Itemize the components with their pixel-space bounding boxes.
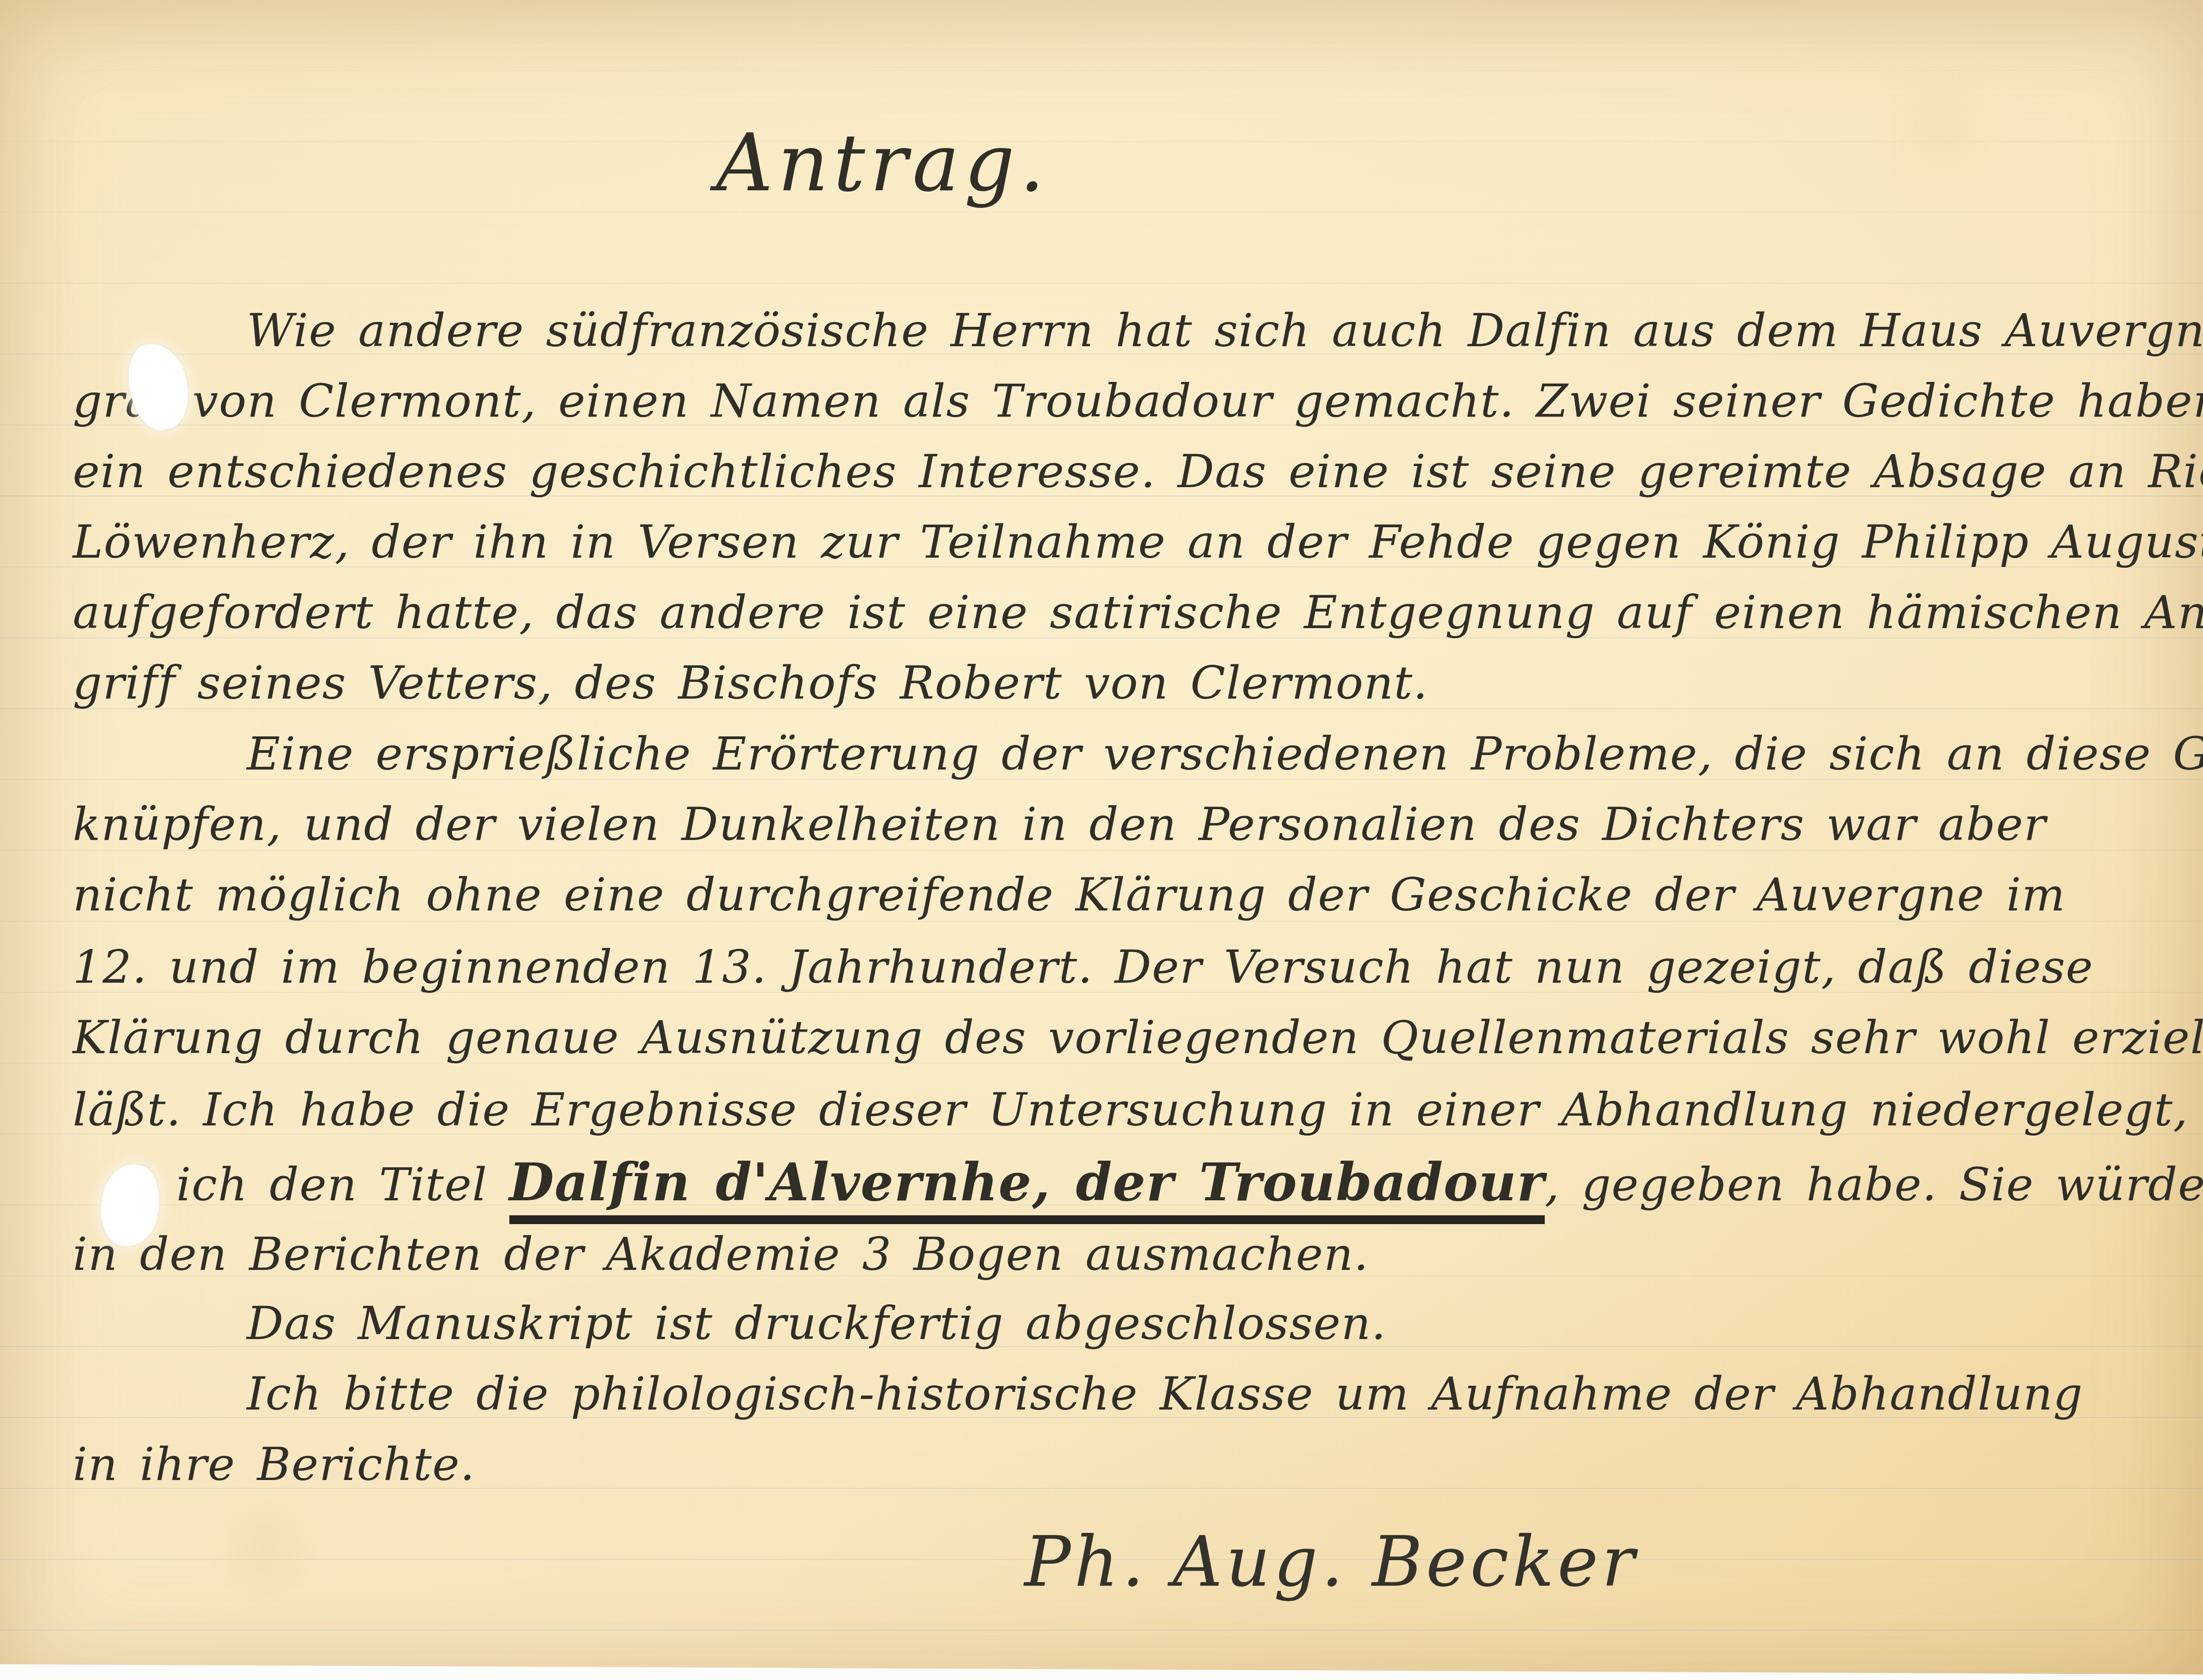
handwritten-line-17: in ihre Berichte. [73,1436,475,1494]
underlined-work-title: Dalfin d'Alvernhe, der Troubadour [509,1152,1545,1224]
handwritten-line-1: Wie andere südfranzösische Herrn hat sic… [247,303,2203,360]
handwritten-line-12: läßt. Ich habe die Ergebnisse dieser Unt… [73,1082,2188,1139]
handwritten-line-15: Das Manuskript ist druckfertig abgeschlo… [247,1295,1387,1353]
handwritten-line-5: aufgefordert hatte, das andere ist eine … [73,585,2203,642]
title-line-post: , gegeben habe. Sie würde [1545,1158,2203,1211]
handwritten-line-16: Ich bitte die philologisch-historische K… [247,1366,2083,1423]
manuscript-page: Antrag. Wie andere südfranzösische Herrn… [0,0,2203,1680]
handwritten-line-14: in den Berichten der Akademie 3 Bogen au… [73,1226,1369,1284]
handwritten-line-8: knüpfen, und der vielen Dunkelheiten in … [73,796,2046,854]
document-title: Antrag. [716,118,1050,209]
handwritten-line-3: ein entschiedenes geschichtliches Intere… [73,444,2203,501]
handwritten-line-10: 12. und im beginnenden 13. Jahrhundert. … [73,939,2093,996]
title-line-pre: ich den Titel [176,1158,509,1211]
signature: Ph. Aug. Becker [1024,1522,1638,1602]
handwritten-line-7: Eine ersprießliche Erörterung der versch… [247,726,2203,783]
handwritten-line-9: nicht möglich ohne eine durchgreifende K… [73,867,2066,924]
handwritten-line-4: Löwenherz, der ihn in Versen zur Teilnah… [73,514,2203,571]
handwritten-line-11: Klärung durch genaue Ausnützung des vorl… [73,1010,2203,1067]
handwritten-line-13-title-line: ich den Titel Dalfin d'Alvernhe, der Tro… [176,1154,2203,1214]
handwritten-line-2: graf von Clermont, einen Namen als Troub… [73,373,2203,430]
handwritten-line-6: griff seines Vetters, des Bischofs Rober… [73,655,1428,712]
